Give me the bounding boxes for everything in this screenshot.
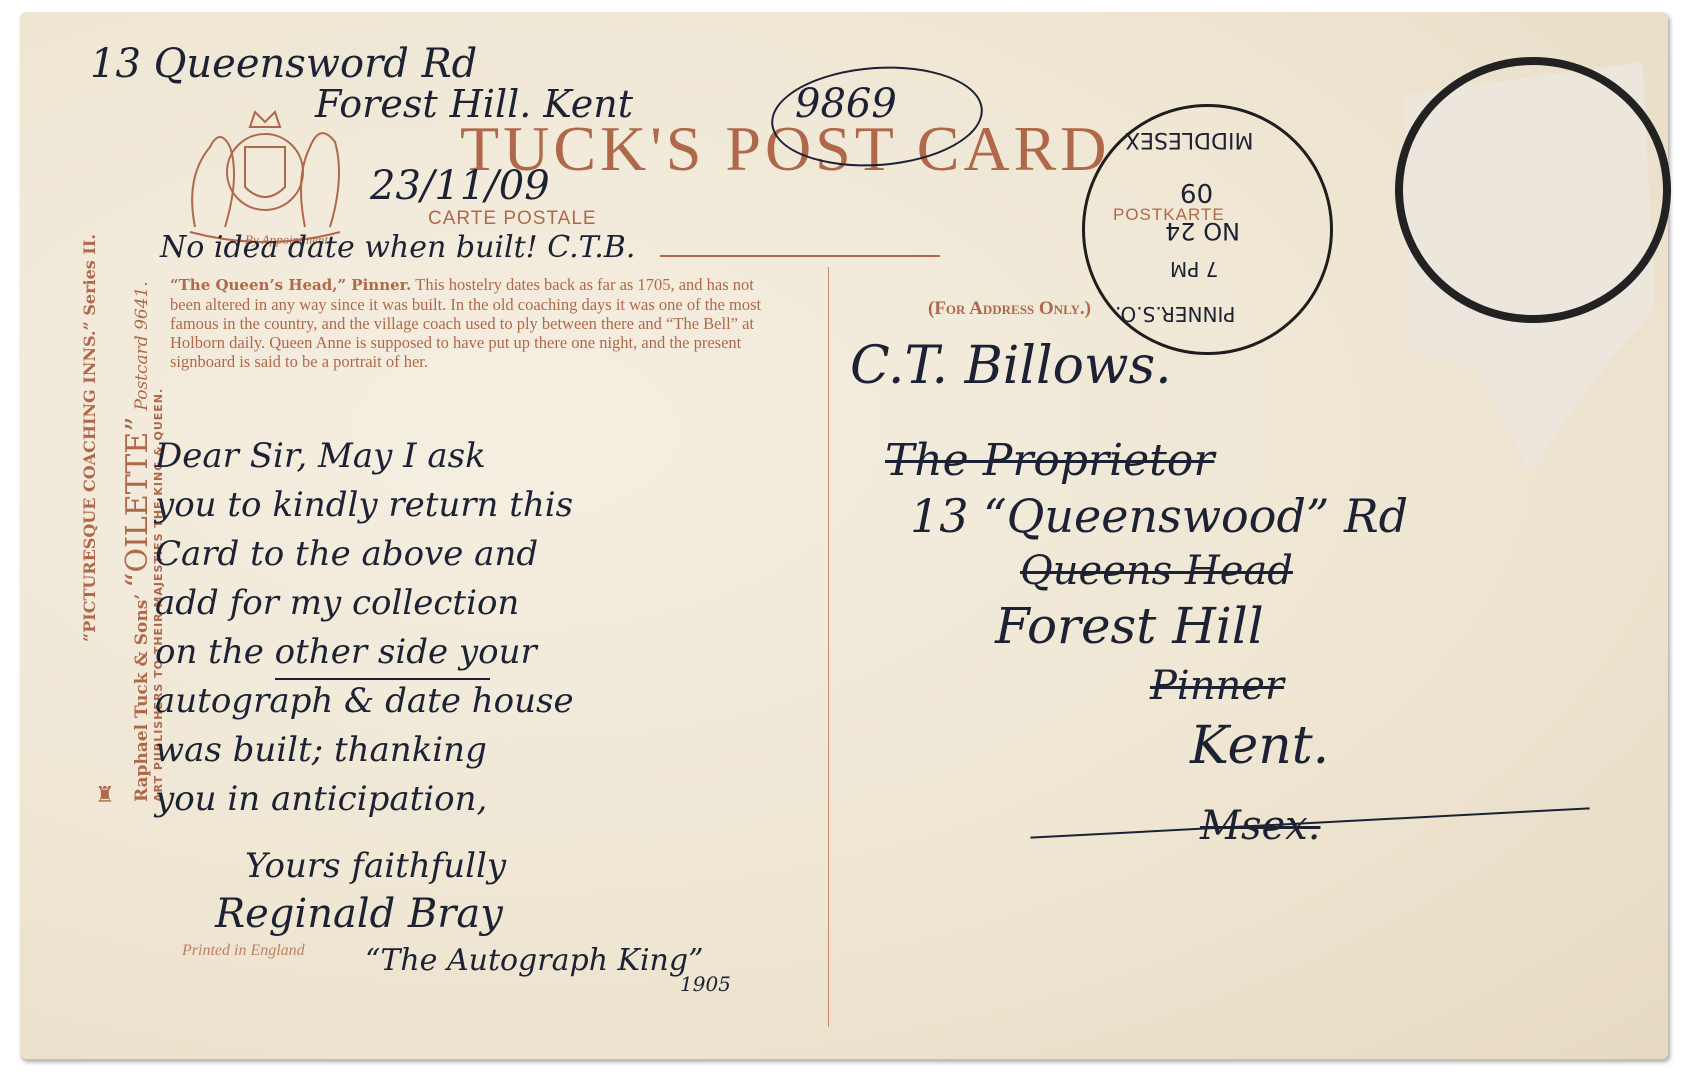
- message-line: add for my collection: [155, 579, 825, 628]
- struck-line-proprietor: The Proprietor: [885, 437, 1214, 485]
- postmark-place: PINNER.S.O.: [1115, 302, 1235, 326]
- postcard-number: Postcard 9641.: [132, 281, 152, 410]
- center-divider: [828, 267, 829, 1027]
- struck-line-inn: Queens Head: [1020, 547, 1293, 595]
- postmark-date: NO 24: [1165, 217, 1240, 245]
- addressee-name: C.T. Billows.: [850, 342, 1172, 390]
- closing: Yours faithfully: [245, 842, 506, 890]
- signature-title: “The Autograph King”: [365, 937, 703, 985]
- address-town: Forest Hill: [995, 602, 1264, 650]
- publisher-name: Raphael Tuck & Sons’: [132, 594, 152, 802]
- reference-number: 9869: [795, 80, 897, 128]
- series-text: “PICTURESQUE COACHING INNS.” Series II.: [80, 234, 99, 642]
- tuck-logo-icon: ♜: [95, 782, 115, 808]
- return-address-line2: Forest Hill. Kent: [315, 80, 633, 128]
- date: 23/11/09: [370, 162, 550, 210]
- message-line: Card to the above and: [155, 530, 825, 579]
- signature: Reginald Bray: [215, 890, 503, 938]
- publisher-text: Raphael Tuck & Sons’ “OILETTE” Postcard …: [120, 281, 155, 802]
- address-street: 13 “Queenswood” Rd: [910, 492, 1408, 540]
- address-only-label: (For Address Only.): [928, 298, 1091, 320]
- other-side-underline: [275, 678, 490, 680]
- postmark-year: 09: [1180, 177, 1213, 207]
- signature-year: 1905: [680, 972, 731, 996]
- cancellation-ring: [1395, 57, 1671, 323]
- header-rule: [660, 255, 940, 257]
- postcard: By Appointment. TUCK'S POST CARD CARTE P…: [20, 12, 1668, 1059]
- message: Dear Sir, May I ask you to kindly return…: [155, 432, 825, 824]
- message-line: was built; thanking: [155, 726, 825, 775]
- inn-description: “The Queen’s Head,” Pinner. This hostelr…: [170, 275, 770, 371]
- struck-line-pinner: Pinner: [1150, 662, 1284, 710]
- postmark: MIDDLESEX 09 NO 24 7 PM PINNER.S.O.: [1082, 104, 1333, 355]
- postmark-time: 7 PM: [1170, 257, 1218, 281]
- message-line: you in anticipation,: [155, 775, 825, 824]
- message-line: you to kindly return this: [155, 481, 825, 530]
- message-line: on the other side your: [155, 628, 825, 677]
- message-line: autograph & date house: [155, 677, 825, 726]
- description-heading: “The Queen’s Head,” Pinner.: [170, 276, 411, 294]
- message-line: Dear Sir, May I ask: [155, 432, 825, 481]
- note: No idea date when built! C.T.B.: [160, 224, 635, 272]
- address-county: Kent.: [1190, 722, 1329, 770]
- brand-oilette: “OILETTE”: [120, 416, 155, 587]
- postmark-county: MIDDLESEX: [1125, 127, 1253, 152]
- printed-in: Printed in England: [182, 942, 305, 960]
